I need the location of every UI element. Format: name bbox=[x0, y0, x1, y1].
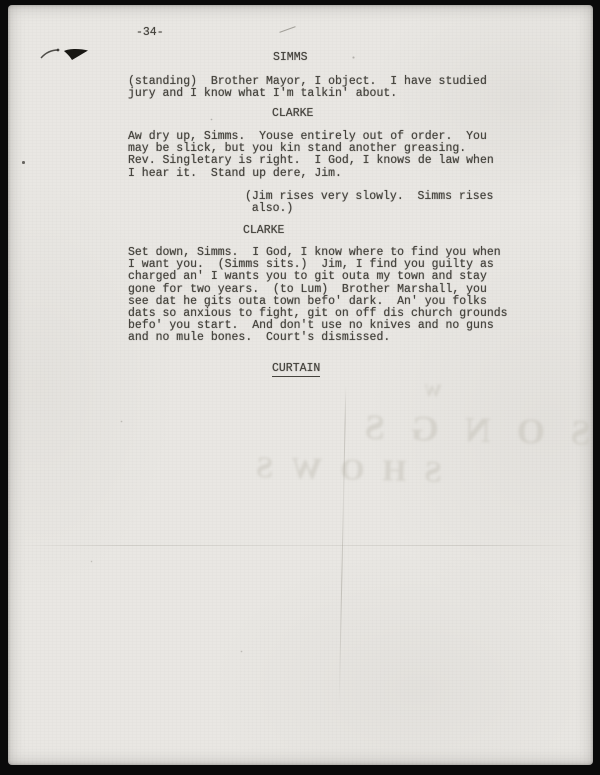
bleed-line-3: SHOWS bbox=[227, 448, 442, 490]
dialogue-clarke-2: Set down, Simms. I God, I know where to … bbox=[128, 247, 508, 345]
dialogue-simms: (standing) Brother Mayor, I object. I ha… bbox=[128, 76, 487, 100]
ink-check-mark bbox=[38, 41, 94, 64]
dialogue-clarke-1: Aw dry up, Simms. Youse entirely out of … bbox=[128, 131, 494, 180]
character-heading-simms: SIMMS bbox=[273, 52, 308, 64]
scan-frame: -34- SIMMS (standing) Brother Mayor, I o… bbox=[0, 0, 600, 775]
character-heading-clarke-1: CLARKE bbox=[272, 108, 313, 120]
bleed-through-text: W SONGS SHOWS bbox=[226, 375, 592, 549]
bleed-line-1: W bbox=[230, 375, 442, 402]
page-number: -34- bbox=[136, 27, 164, 39]
vertical-crease bbox=[339, 385, 347, 707]
script-page: -34- SIMMS (standing) Brother Mayor, I o… bbox=[8, 5, 593, 765]
curtain-label: CURTAIN bbox=[272, 363, 320, 377]
character-heading-clarke-2: CLARKE bbox=[243, 225, 284, 237]
horizontal-crease bbox=[12, 545, 587, 546]
scratch-mark bbox=[279, 26, 295, 33]
paper-specks bbox=[22, 161, 25, 164]
stage-direction: (Jim rises very slowly. Simms rises also… bbox=[245, 191, 493, 215]
bleed-line-2: SONGS bbox=[228, 402, 591, 453]
